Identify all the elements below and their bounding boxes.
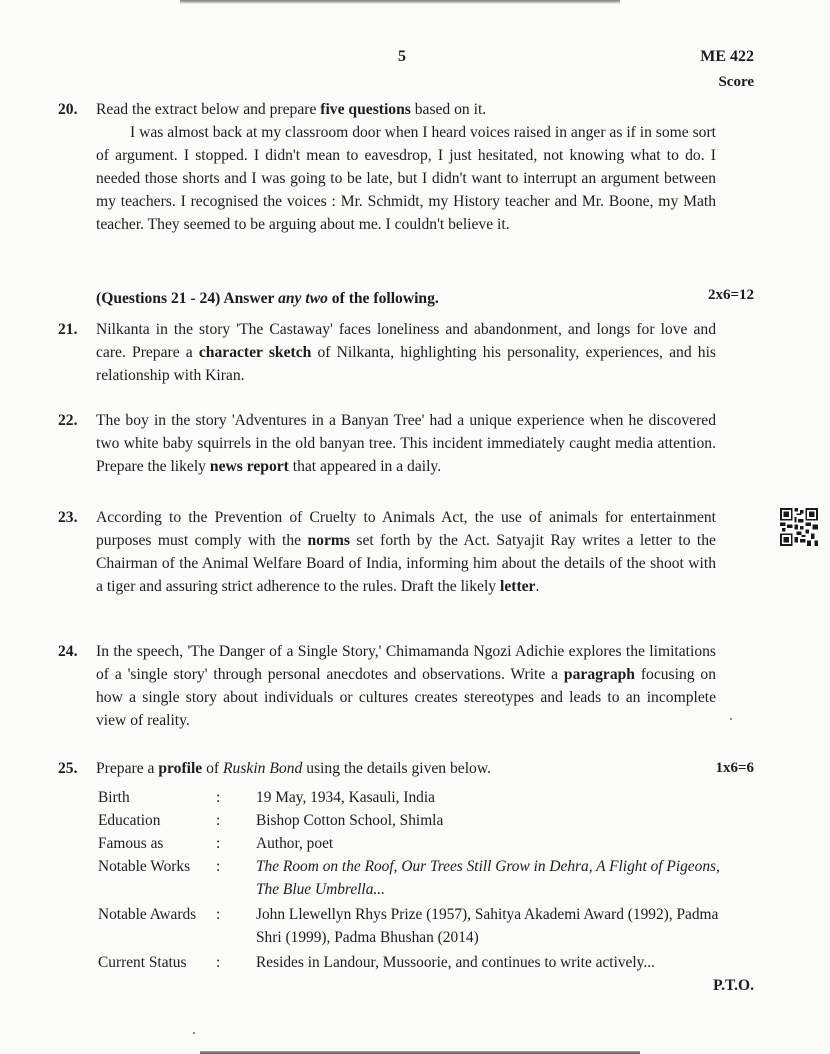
profile-row-current-status: Current Status:Resides in Landour, Musso… [98,951,726,974]
question-text: Read the extract below and prepare five … [96,98,716,236]
question-marks: 1x6=6 [715,757,754,780]
profile-row-education: Education:Bishop Cotton School, Shimla [98,809,726,832]
question-number: 21. [58,318,78,341]
question-number: 20. [58,98,78,121]
instruction: Read the extract below and prepare five … [96,98,716,121]
profile-row-notable-awards: Notable Awards:John Llewellyn Rhys Prize… [98,903,726,949]
scan-speck [193,1032,195,1034]
question-number: 25. [58,757,78,780]
question-number: 23. [58,506,78,529]
question-text: Nilkanta in the story 'The Castaway' fac… [96,318,716,387]
please-turn-over: P.T.O. [713,977,754,995]
question-text: The boy in the story 'Adventures in a Ba… [96,409,716,478]
question-number: 24. [58,640,78,663]
qr-code-icon [780,508,818,546]
scan-shadow-top [180,0,620,4]
score-label: Score [718,74,754,91]
profile-row-birth: Birth:19 May, 1934, Kasauli, India [98,786,726,809]
paper-code: ME 422 [700,48,754,66]
page-number: 5 [398,48,406,66]
profile-table: Birth:19 May, 1934, Kasauli, India Educa… [98,786,726,974]
question-number: 22. [58,409,78,432]
profile-row-famous-as: Famous as:Author, poet [98,832,726,855]
profile-row-notable-works: Notable Works:The Room on the Roof, Our … [98,855,726,901]
section-marks: 2x6=12 [708,284,754,307]
question-text: Prepare a profile of Ruskin Bond using t… [96,757,716,780]
extract-passage: I was almost back at my classroom door w… [96,121,716,236]
question-text: According to the Prevention of Cruelty t… [96,506,716,598]
question-text: In the speech, 'The Danger of a Single S… [96,640,716,732]
scan-speck [730,718,732,720]
